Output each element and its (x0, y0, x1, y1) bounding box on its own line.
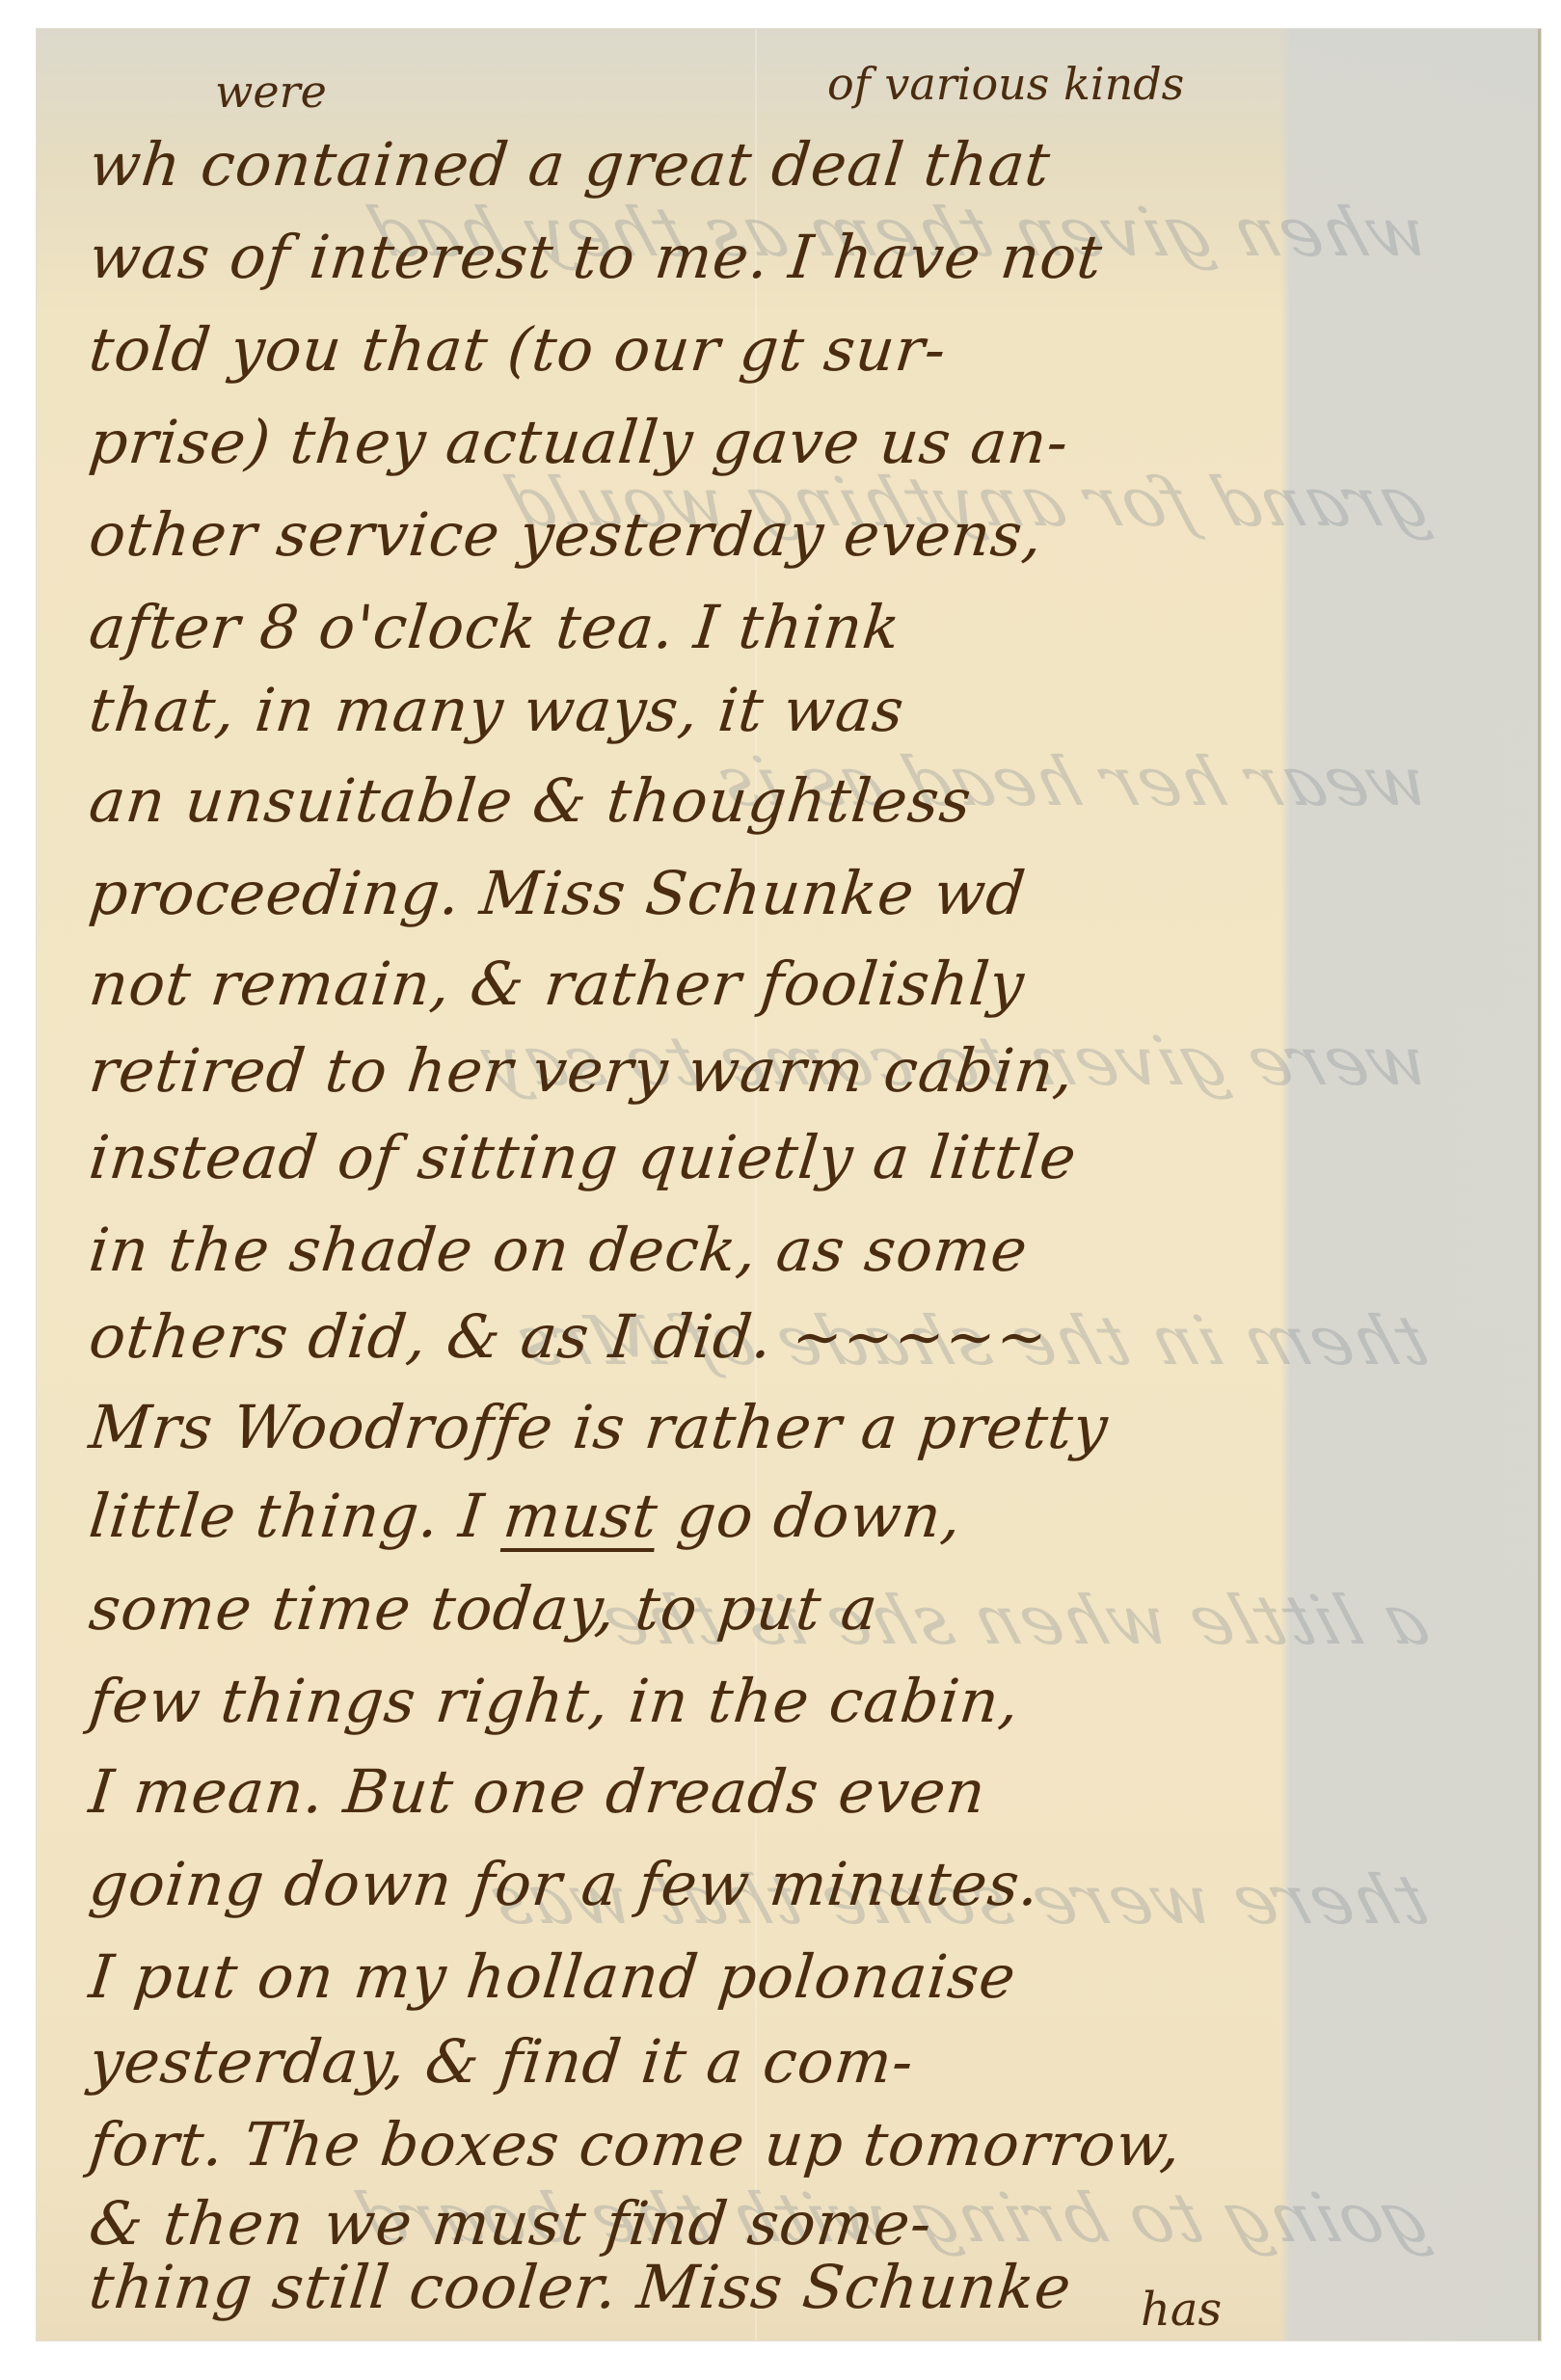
underlined-emphasis: must (500, 1481, 661, 1551)
text-line: in the shade on deck, as some (87, 1220, 1031, 1280)
letter-page: when given them as they had grand for an… (37, 29, 1541, 2340)
text-line: I mean. But one dreads even (87, 1762, 989, 1822)
text-line: yesterday, & find it a com- (87, 2032, 917, 2092)
text-line: was of interest to me. I have not (87, 227, 1106, 287)
text-line: other service yesterday evens, (87, 505, 1046, 565)
catchword: has (1141, 2283, 1222, 2337)
text-line: I put on my holland polonaise (87, 1947, 1019, 2007)
text-line: an unsuitable & thoughtless (87, 771, 975, 831)
text-line: others did, & as I did. ~~~~~ (87, 1307, 1051, 1367)
text-line: that, in many ways, it was (87, 681, 907, 740)
handwritten-text: were of various kinds wh contained a gre… (37, 29, 1541, 2340)
text-line: after 8 o'clock tea. I think (87, 598, 903, 657)
text-line: told you that (to our gt sur- (87, 320, 950, 380)
text-line: proceeding. Miss Schunke wd (87, 864, 1029, 923)
text-line: Mrs Woodroffe is rather a pretty (87, 1398, 1112, 1457)
text-line: instead of sitting quietly a little (87, 1128, 1080, 1188)
text-line: not remain, & rather foolishly (87, 954, 1028, 1014)
text-line: some time today, to put a (87, 1579, 881, 1639)
interlinear-insertion: were (215, 66, 327, 118)
text-line: thing still cooler. Miss Schunke (87, 2258, 1075, 2317)
text-line: wh contained a great deal that (87, 135, 1054, 195)
text-line: fort. The boxes come up tomorrow, (87, 2115, 1185, 2175)
text-line: little thing. I must go down, (87, 1486, 965, 1546)
text-line: retired to her very warm cabin, (87, 1041, 1077, 1101)
text-line: & then we must find some- (87, 2194, 935, 2254)
text-segment: go down, (654, 1481, 965, 1551)
interlinear-insertion: of various kinds (827, 58, 1184, 110)
text-line: prise) they actually gave us an- (87, 413, 1072, 472)
text-line: going down for a few minutes. (87, 1855, 1043, 1914)
text-line: few things right, in the cabin, (87, 1671, 1023, 1731)
text-segment: little thing. I (86, 1481, 507, 1551)
